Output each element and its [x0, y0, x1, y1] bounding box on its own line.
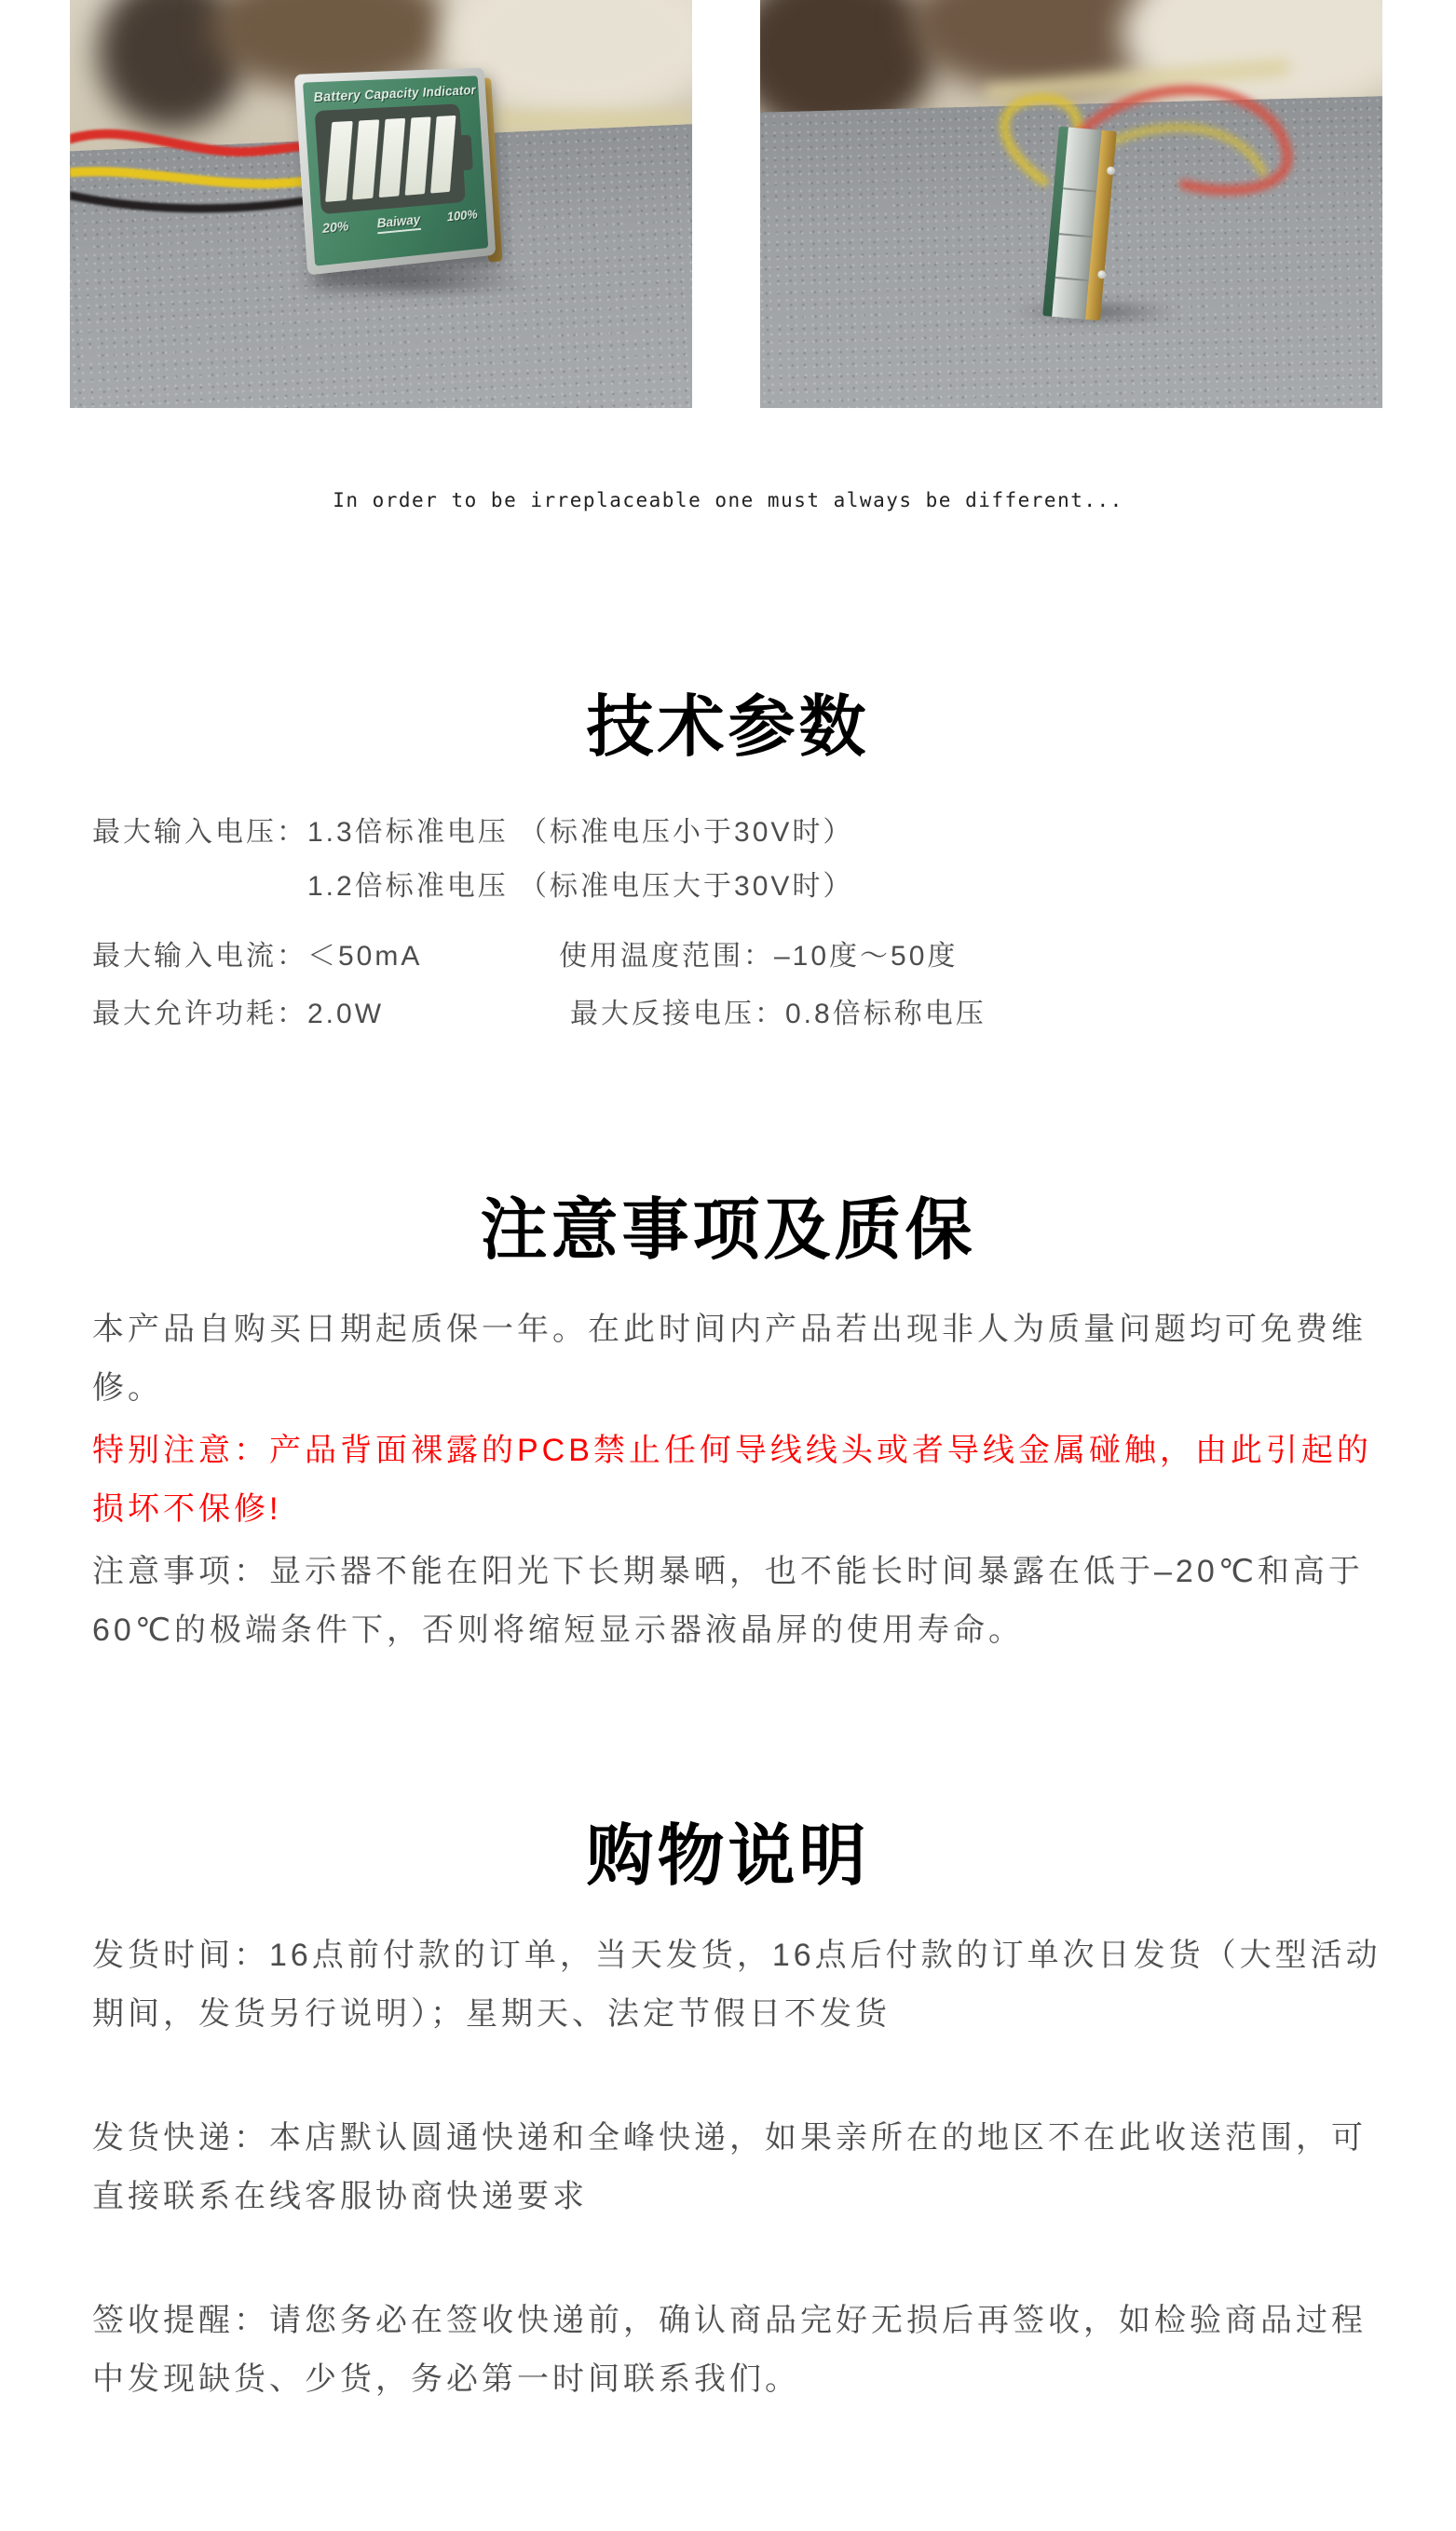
param-value: 1.2倍标准电压 （标准电压大于30V时）: [307, 871, 853, 902]
usage-note-paragraph: 注意事项：显示器不能在阳光下长期暴晒，也不能长时间暴露在低于–20℃和高于 60…: [92, 1543, 1415, 1660]
product-photo-front: Battery Capacity Indicator 20% Baiway: [70, 0, 692, 408]
module-face: Battery Capacity Indicator 20% Baiway: [303, 75, 488, 265]
battery-bar: [325, 121, 353, 202]
battery-bars: [325, 116, 456, 202]
module-max-label: 100%: [446, 207, 478, 225]
battery-icon: [315, 103, 466, 214]
module-brand: Baiway: [376, 212, 421, 235]
section-heading-tech-params: 技术参数: [0, 673, 1456, 769]
section-heading-shopping-notes: 购物说明: [0, 1802, 1456, 1898]
battery-module-front: Battery Capacity Indicator 20% Baiway: [294, 68, 497, 276]
shipping-time-paragraph: 发货时间：16点前付款的订单，当天发货，16点后付款的订单次日发货（大型活动 期…: [92, 1926, 1415, 2044]
param-cell-operating-temperature: 使用温度范围：–10度～50度: [559, 932, 958, 973]
product-detail-page: Battery Capacity Indicator 20% Baiway: [0, 0, 1456, 2531]
module-frame: Battery Capacity Indicator 20% Baiway: [294, 68, 497, 276]
courier-paragraph: 发货快递：本店默认圆通快递和全峰快递，如果亲所在的地区不在此收送范围，可 直接联…: [92, 2109, 1415, 2226]
receipt-reminder-paragraph: 签收提醒：请您务必在签收快递前，确认商品完好无损后再签收，如检验商品过程 中发现…: [92, 2292, 1415, 2409]
product-photo-side: [760, 0, 1382, 408]
module-title: Battery Capacity Indicator: [313, 83, 470, 105]
section-heading-notice-warranty: 注意事项及质保: [0, 1176, 1456, 1272]
module-min-label: 20%: [322, 219, 349, 237]
battery-bar: [379, 118, 405, 197]
tagline: In order to be irreplaceable one must al…: [0, 489, 1456, 511]
param-label: 最大输入电压：: [92, 817, 307, 848]
param-cell-max-power: 最大允许功耗：2.0W: [92, 990, 384, 1031]
warranty-paragraph: 本产品自购买日期起质保一年。在此时间内产品若出现非人为质量问题均可免费维 修。: [92, 1300, 1415, 1418]
param-value: 1.3倍标准电压 （标准电压小于30V时）: [307, 817, 853, 848]
battery-bar: [430, 116, 456, 194]
param-row-max-input-voltage: 最大输入电压：1.3倍标准电压 （标准电压小于30V时）: [92, 809, 853, 850]
param-cell-max-input-current: 最大输入电流：＜50mA: [92, 932, 422, 973]
warning-paragraph: 特别注意：产品背面裸露的PCB禁止任何导线线头或者导线金属碰触，由此引起的 损坏…: [92, 1422, 1415, 1539]
param-cell-max-reverse-voltage: 最大反接电压：0.8倍标称电压: [570, 990, 987, 1031]
battery-bar: [352, 119, 379, 199]
shopping-section-body: 发货时间：16点前付款的订单，当天发货，16点后付款的订单次日发货（大型活动 期…: [92, 1926, 1415, 2474]
param-row-max-input-voltage-2: 最大输入电压：1.2倍标准电压 （标准电压大于30V时）: [92, 863, 853, 904]
battery-bar: [405, 116, 431, 195]
notice-section-body: 本产品自购买日期起质保一年。在此时间内产品若出现非人为质量问题均可免费维 修。 …: [92, 1300, 1415, 1664]
